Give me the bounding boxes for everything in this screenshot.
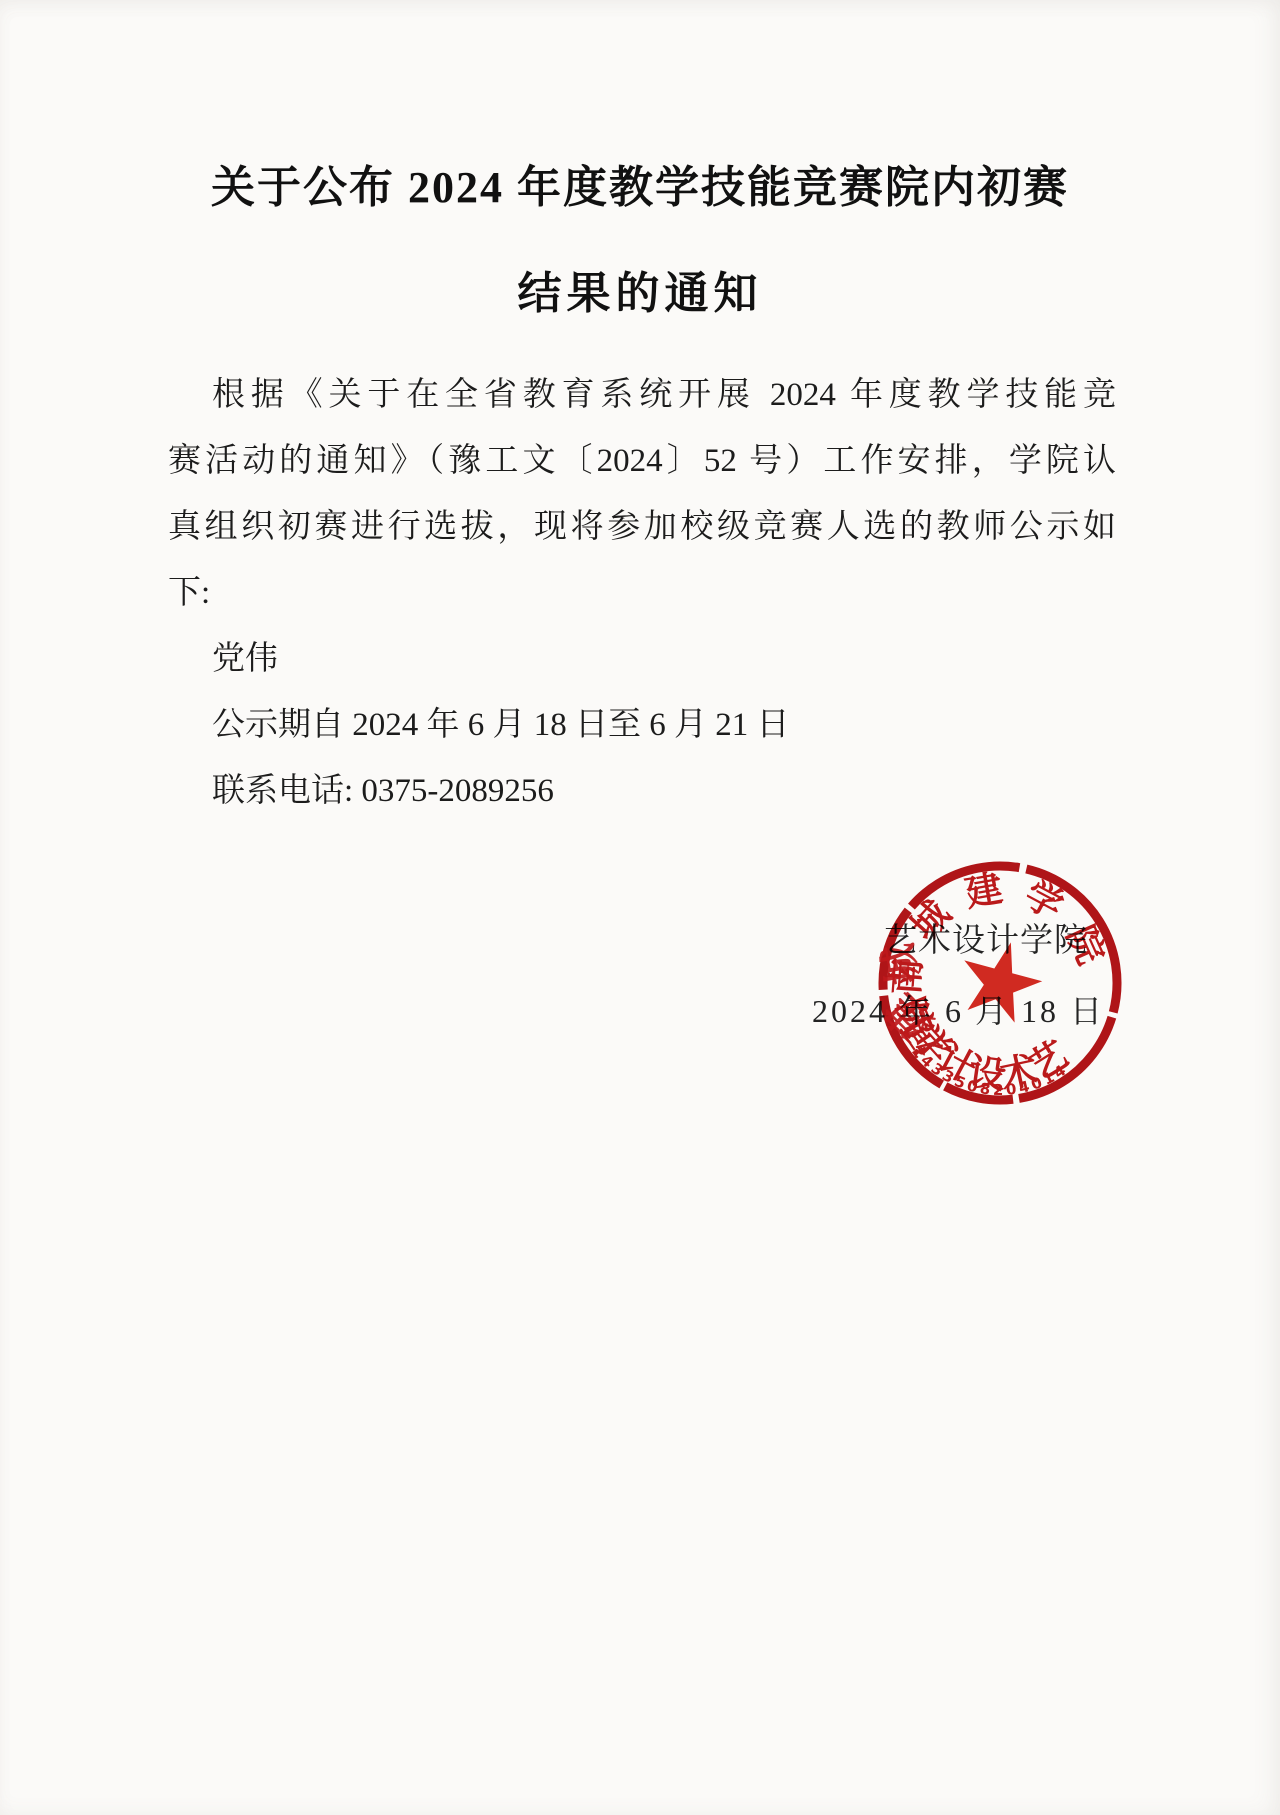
- notice-body: 根据《关于在全省教育系统开展 2024 年度教学技能竞 赛活动的通知》（豫工文〔…: [168, 362, 1116, 824]
- seal-serial-number: 4104028053341: [875, 858, 1125, 1108]
- scanned-notice-page: 关于公布 2024 年度教学技能竞赛院内初赛 结果的通知 根据《关于在全省教育系…: [0, 0, 1280, 1815]
- body-line: 下:: [168, 560, 1116, 626]
- seal-serial-digit: 2: [993, 1081, 1004, 1099]
- notice-title-line2: 结果的通知: [0, 268, 1280, 320]
- contact-phone: 联系电话: 0375-2089256: [168, 758, 1116, 824]
- seal-serial-digit: 8: [979, 1079, 992, 1098]
- body-line: 真组织初赛进行选拔，现将参加校级竞赛人选的教师公示如: [168, 494, 1116, 560]
- seal-serial-digit: 0: [965, 1076, 980, 1096]
- seal-ghost-char: 城: [878, 941, 924, 987]
- official-red-seal: 河南城建学院 艺术设计学院 4104028053341 城 建: [875, 858, 1125, 1108]
- publicity-period: 公示期自 2024 年 6 月 18 日至 6 月 21 日: [168, 692, 1116, 758]
- candidate-name: 党伟: [168, 626, 1116, 692]
- notice-title-line1: 关于公布 2024 年度教学技能竞赛院内初赛: [0, 162, 1280, 214]
- body-line: 根据《关于在全省教育系统开展 2024 年度教学技能竞: [168, 362, 1116, 428]
- body-line: 赛活动的通知》（豫工文〔2024〕52 号）工作安排，学院认: [168, 428, 1116, 494]
- seal-serial-digit: 0: [1005, 1080, 1017, 1099]
